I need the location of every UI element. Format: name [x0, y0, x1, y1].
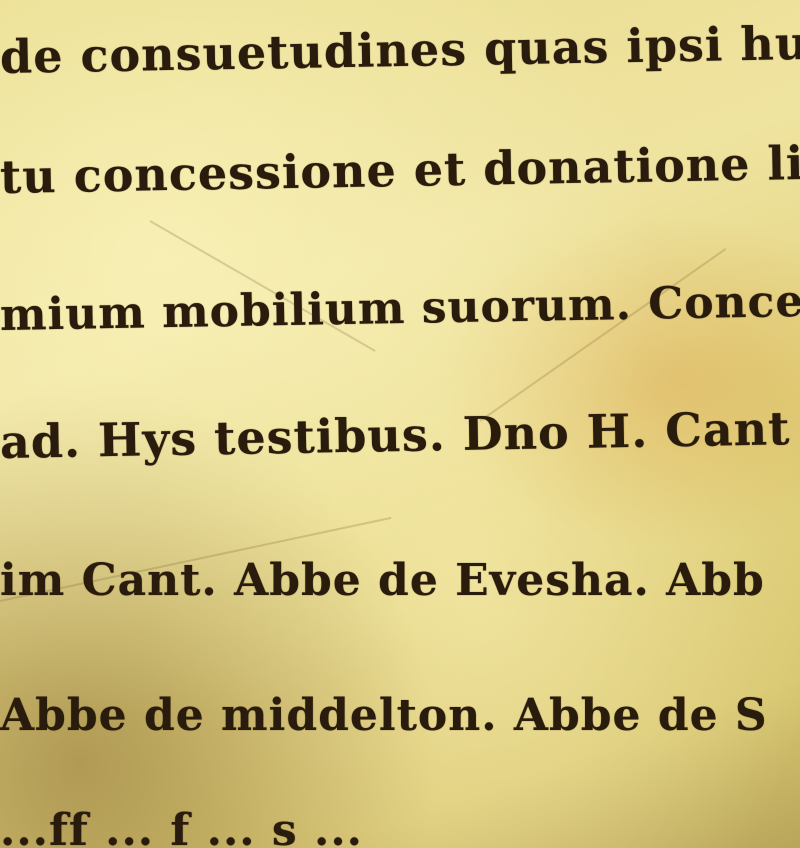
manuscript-parchment: de consuetudines quas ipsi huerit. tu co… — [0, 0, 800, 848]
manuscript-line-1: de consuetudines quas ipsi huerit. — [0, 14, 800, 84]
parchment-crease — [479, 248, 726, 422]
manuscript-line-4: ad. Hys testibus. Dno H. Cant — [0, 401, 791, 469]
manuscript-line-6: Abbe de middelton. Abbe de S — [0, 690, 768, 741]
manuscript-line-7: ...ff ... f ... s ... — [0, 805, 363, 848]
manuscript-line-3: mium mobilium suorum. Concessimus — [0, 273, 800, 341]
manuscript-line-5: im Cant. Abbe de Evesha. Abb — [0, 555, 765, 606]
manuscript-line-2: tu concessione et donatione lib — [0, 135, 800, 204]
